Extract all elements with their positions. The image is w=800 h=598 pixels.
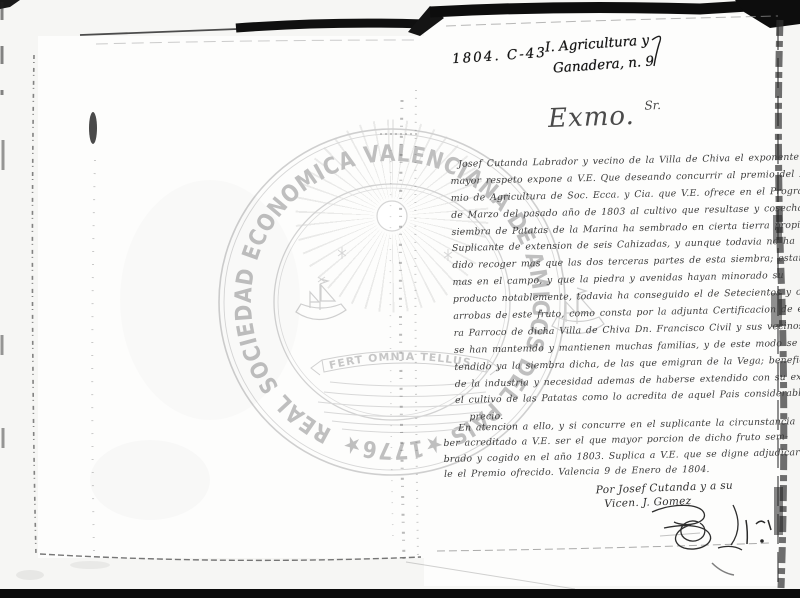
- watermark-ship-left-icon: [296, 279, 346, 320]
- watermark-banner-text: FERT OMNIA TELLUS: [328, 351, 472, 372]
- svg-text:FERT OMNIA TELLUS: FERT OMNIA TELLUS: [328, 351, 472, 372]
- salutation-sr: Sr.: [644, 98, 661, 113]
- salutation: Exmo.Sr.: [547, 98, 661, 134]
- signature-rubric-flourish: [652, 505, 742, 550]
- scanned-manuscript-page: REAL SOCIEDAD ECONOMICA VALENCIANA DE AM…: [0, 0, 800, 598]
- signature-block: Por Josef Cutanda y a su Vicen. J. Gomez: [596, 479, 734, 512]
- letter-closing: En atencion a ello, y si concurre en el …: [443, 414, 784, 482]
- watermark-stars-icon: [318, 247, 467, 285]
- watermark-sun-icon: [377, 201, 407, 231]
- salutation-exmo: Exmo.: [548, 101, 636, 134]
- letter-body: Josef Cutanda Labrador y vecino de la Vi…: [450, 150, 788, 427]
